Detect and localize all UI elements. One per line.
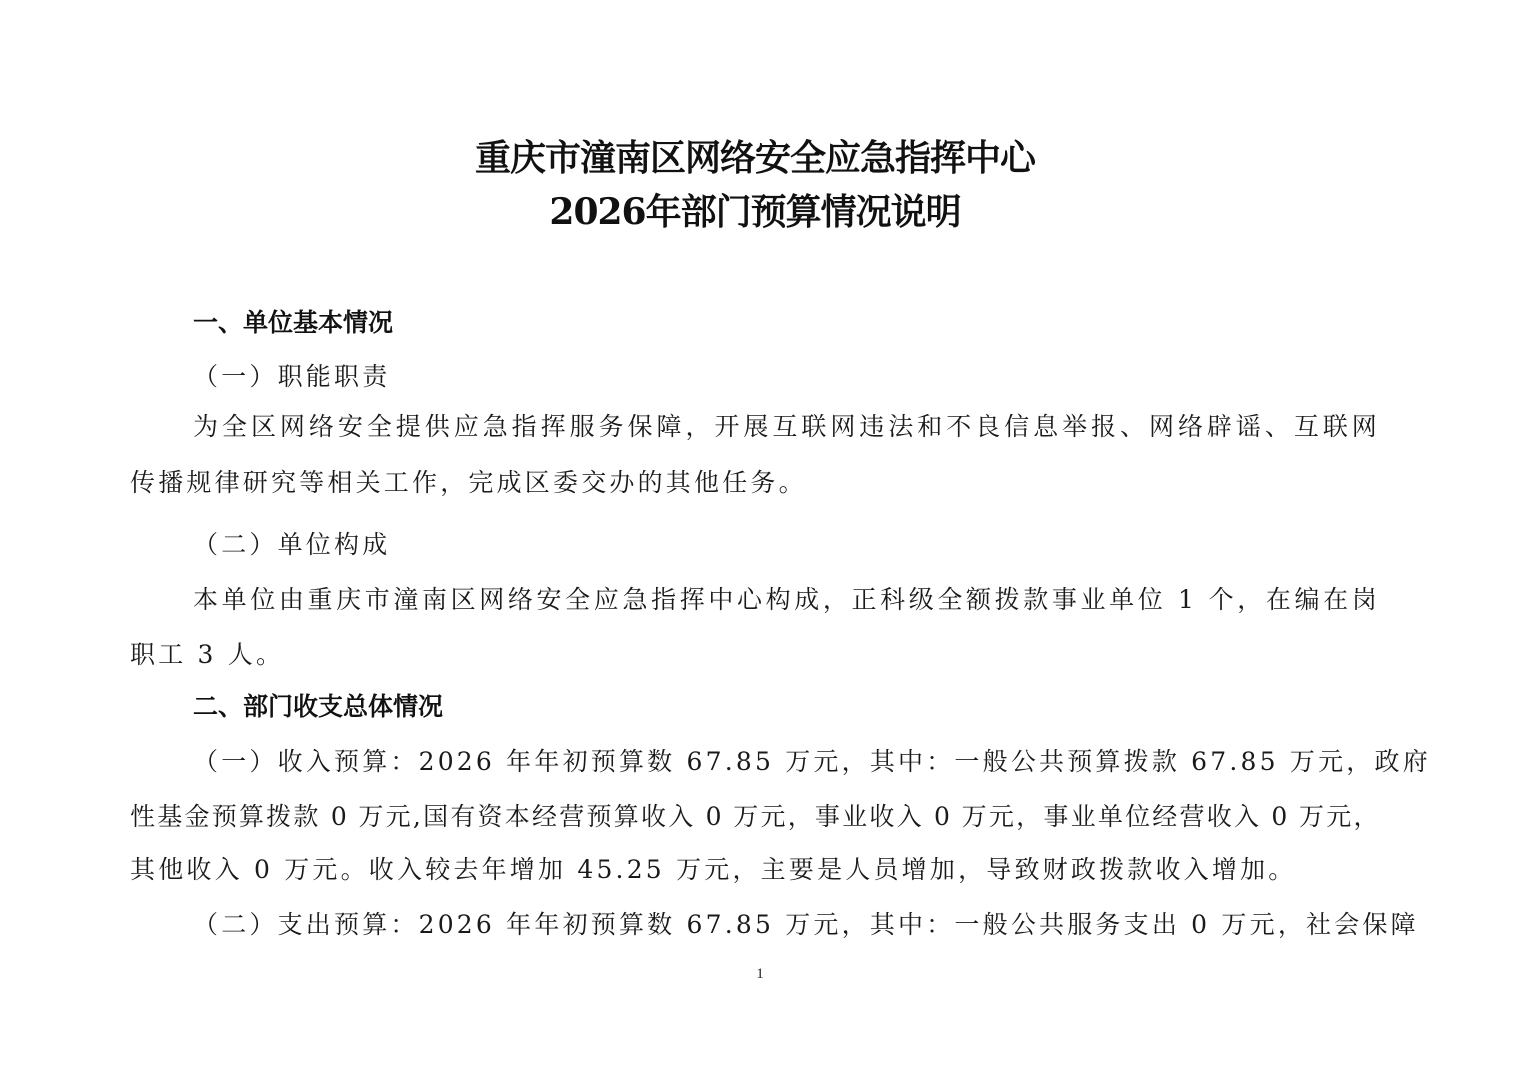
paragraph-line: 本单位由重庆市潼南区网络安全应急指挥中心构成，正科级全额拨款事业单位 1 个，在… [193,583,1380,617]
paragraph-line: 为全区网络安全提供应急指挥服务保障，开展互联网违法和不良信息举报、网络辟谣、互联… [193,410,1380,444]
paragraph-line: （一）收入预算：2026 年年初预算数 67.85 万元，其中：一般公共预算拨款… [193,745,1380,779]
paragraph-line: 性基金预算拨款 0 万元,国有资本经营预算收入 0 万元，事业收入 0 万元，事… [130,800,1380,834]
document-title-line1: 重庆市潼南区网络安全应急指挥中心 [0,134,1510,182]
paragraph-line: 其他收入 0 万元。收入较去年增加 45.25 万元，主要是人员增加，导致财政拨… [130,853,1380,887]
paragraph-line: 职工 3 人。 [130,638,1380,672]
paragraph-line: 传播规律研究等相关工作，完成区委交办的其他任务。 [130,466,1380,500]
section-heading-budget-overview: 二、部门收支总体情况 [193,690,443,724]
subsection-heading-functions: （一）职能职责 [193,360,1380,394]
document-title-line2: 2026年部门预算情况说明 [0,188,1510,236]
paragraph-line: （二）支出预算：2026 年年初预算数 67.85 万元，其中：一般公共服务支出… [193,908,1380,942]
subsection-heading-composition: （二）单位构成 [193,528,1380,562]
section-heading-basic-info: 一、单位基本情况 [193,306,393,340]
page-number: 1 [0,966,1520,983]
